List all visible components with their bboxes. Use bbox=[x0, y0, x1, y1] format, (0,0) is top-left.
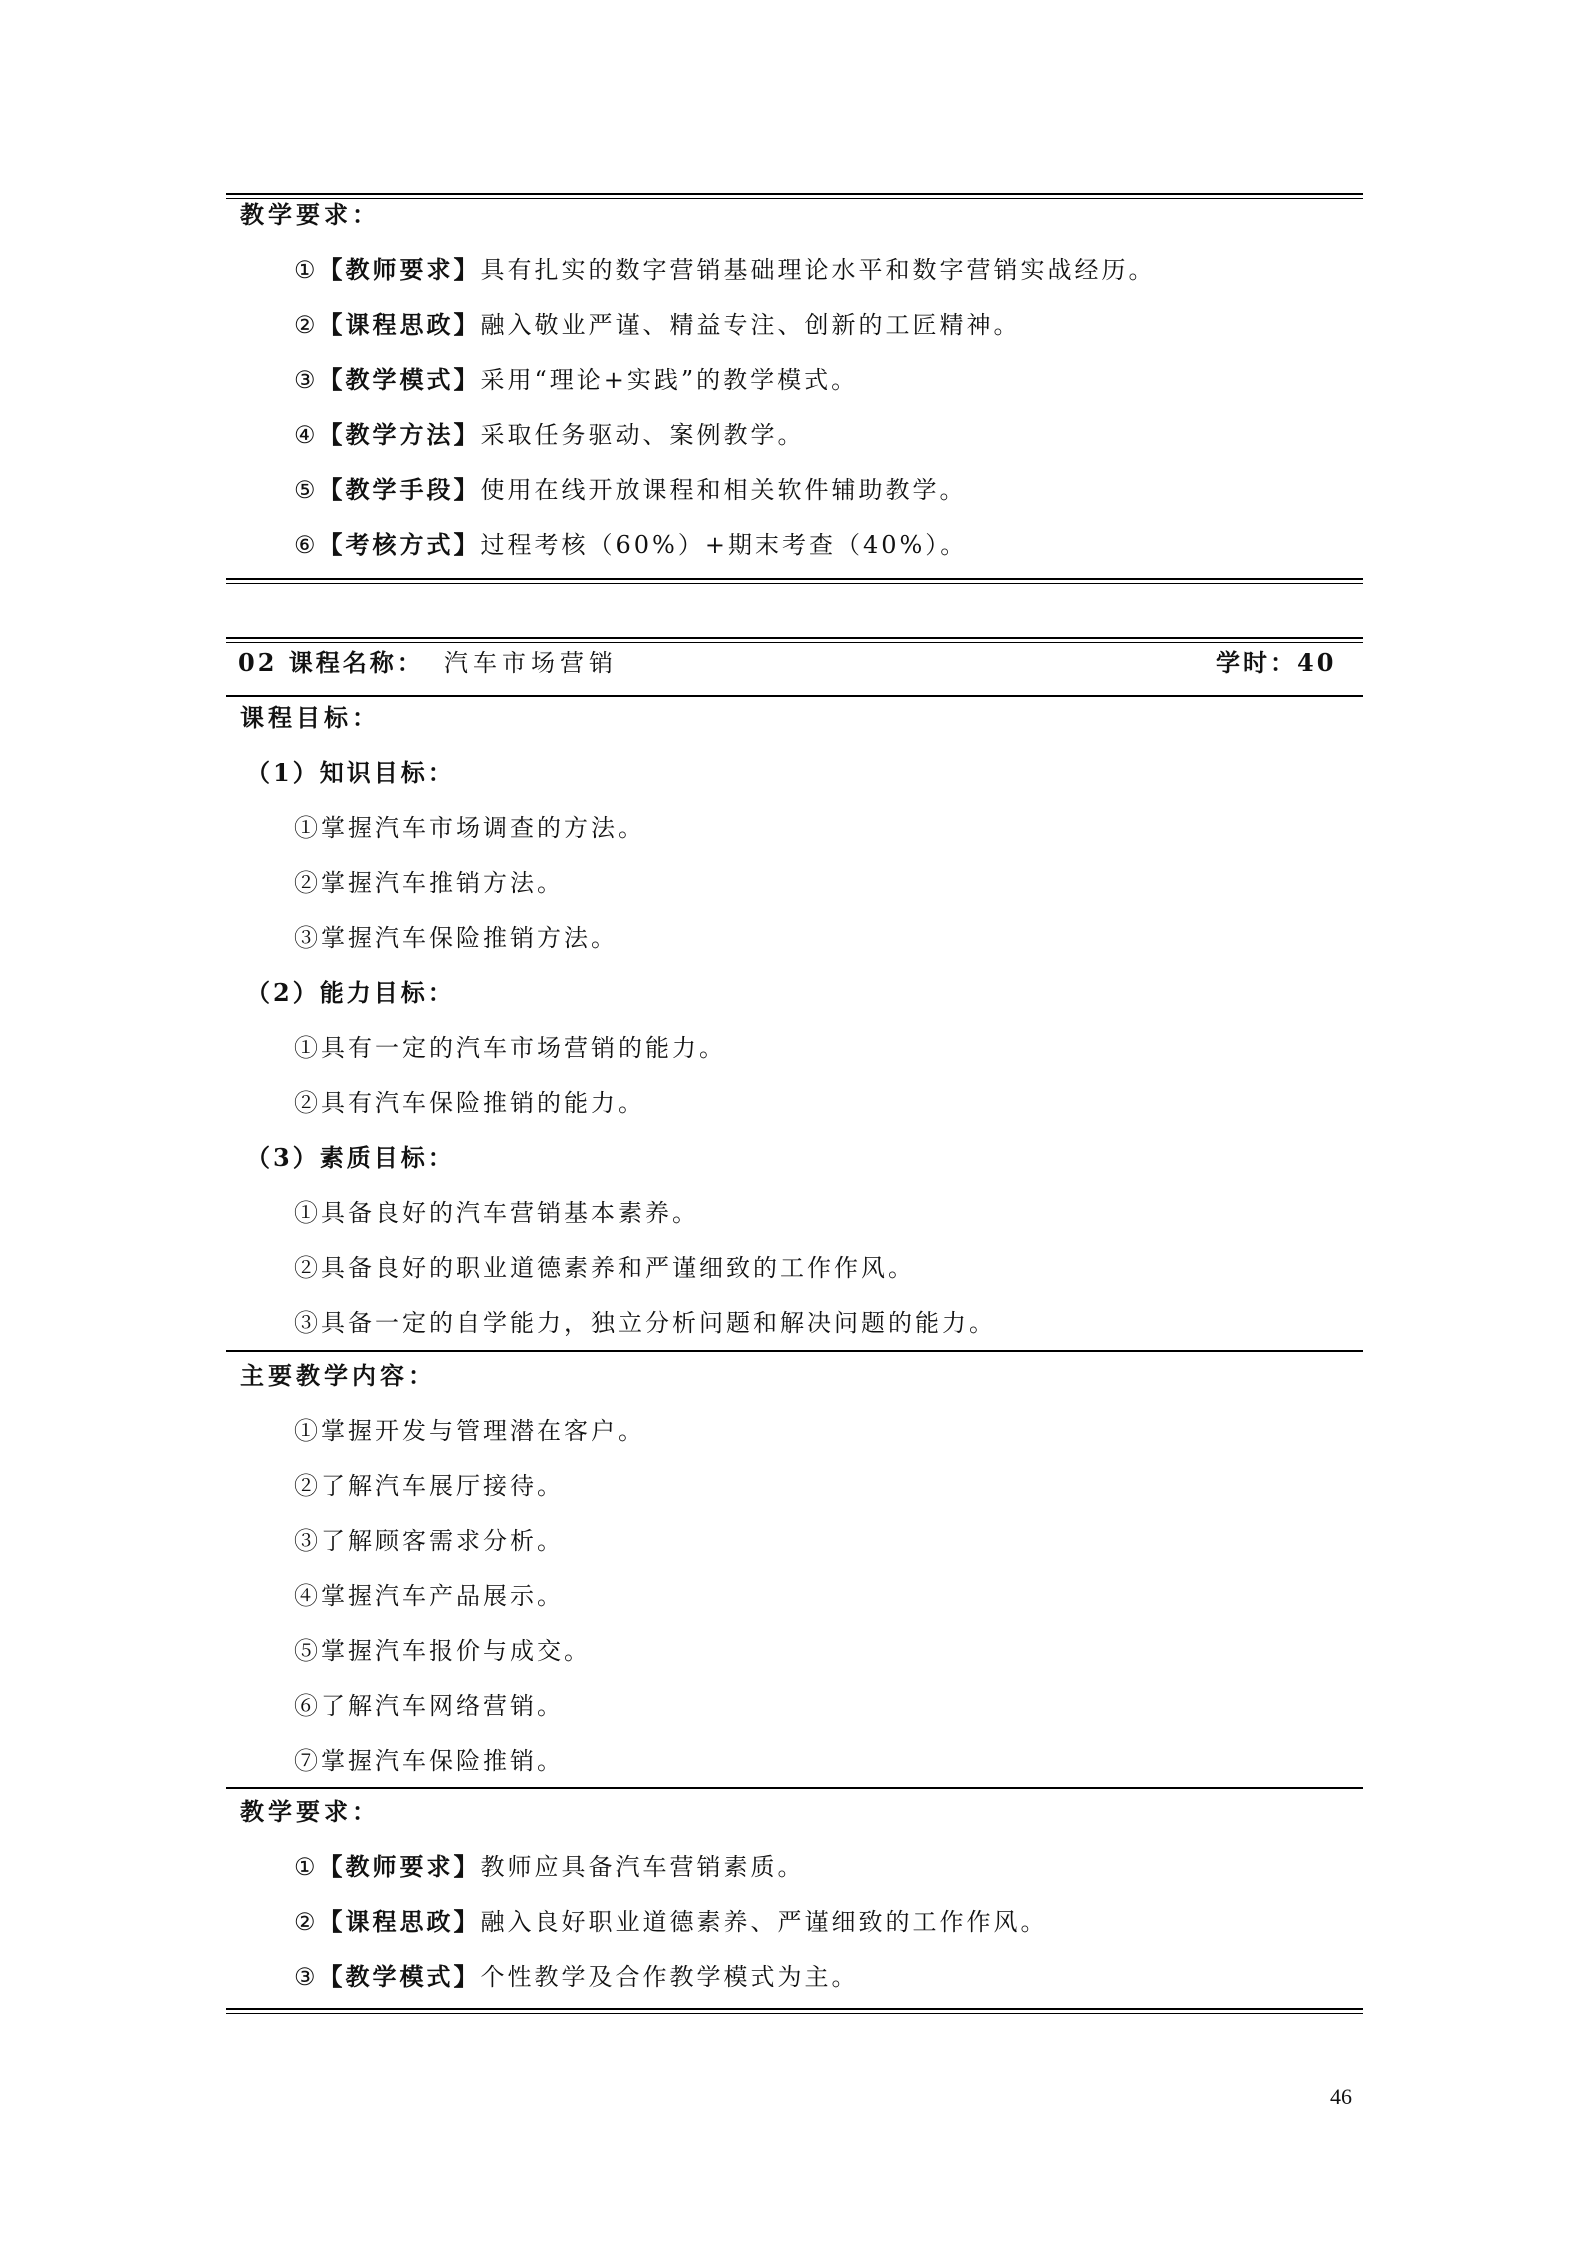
objective-item: ②具备良好的职业道德素养和严谨细致的工作作风。 bbox=[294, 1253, 915, 1283]
content-bottom-rule bbox=[226, 1787, 1363, 1789]
section1-req-item-2: ②【课程思政】融入敬业严谨、精益专注、创新的工匠精神。 bbox=[294, 310, 1021, 340]
section1-bottom-rule bbox=[226, 578, 1363, 584]
course-hours: 学时：40 bbox=[1216, 648, 1336, 678]
item-text: 具有扎实的数字营销基础理论水平和数字营销实战经历。 bbox=[481, 256, 1156, 284]
objective-item: ②掌握汽车推销方法。 bbox=[294, 868, 564, 898]
item-number: ③ bbox=[294, 366, 319, 394]
section1-top-rule bbox=[226, 193, 1363, 199]
item-tag: 【考核方式】 bbox=[319, 530, 481, 559]
item-number: ① bbox=[294, 256, 319, 284]
course-number-label: 02 课程名称： bbox=[238, 648, 424, 678]
course-name: 汽车市场营销 bbox=[444, 648, 618, 678]
section1-req-item-5: ⑤【教学手段】使用在线开放课程和相关软件辅助教学。 bbox=[294, 475, 967, 505]
item-number: ② bbox=[294, 311, 319, 339]
item-text: 融入良好职业道德素养、严谨细致的工作作风。 bbox=[481, 1908, 1048, 1936]
content-item: ③了解顾客需求分析。 bbox=[294, 1526, 564, 1556]
objective-item: ①掌握汽车市场调查的方法。 bbox=[294, 813, 645, 843]
section2-req-item-3: ③【教学模式】个性教学及合作教学模式为主。 bbox=[294, 1962, 859, 1992]
objective-group-ability: （2）能力目标： bbox=[246, 978, 455, 1008]
item-text: 融入敬业严谨、精益专注、创新的工匠精神。 bbox=[481, 311, 1021, 339]
section2-req-item-2: ②【课程思政】融入良好职业道德素养、严谨细致的工作作风。 bbox=[294, 1907, 1048, 1937]
objective-item: ③掌握汽车保险推销方法。 bbox=[294, 923, 618, 953]
item-text: 教师应具备汽车营销素质。 bbox=[481, 1853, 805, 1881]
objective-group-knowledge: （1）知识目标： bbox=[246, 758, 455, 788]
item-tag: 【课程思政】 bbox=[319, 310, 481, 339]
item-text: 采用“理论+实践”的教学模式。 bbox=[481, 366, 859, 394]
item-tag: 【教学方法】 bbox=[319, 420, 481, 449]
item-number: ② bbox=[294, 1908, 319, 1936]
section1-req-item-3: ③【教学模式】采用“理论+实践”的教学模式。 bbox=[294, 365, 858, 395]
item-text: 过程考核（60%）+期末考查（40%）。 bbox=[481, 531, 968, 559]
item-tag: 【教学手段】 bbox=[319, 475, 481, 504]
section1-req-item-6: ⑥【考核方式】过程考核（60%）+期末考查（40%）。 bbox=[294, 530, 967, 560]
objective-item: ③具备一定的自学能力，独立分析问题和解决问题的能力。 bbox=[294, 1308, 996, 1338]
item-text: 个性教学及合作教学模式为主。 bbox=[481, 1963, 859, 1991]
item-number: ④ bbox=[294, 421, 319, 449]
section1-req-item-4: ④【教学方法】采取任务驱动、案例教学。 bbox=[294, 420, 805, 450]
item-tag: 【教学模式】 bbox=[319, 365, 481, 394]
content-item: ①掌握开发与管理潜在客户。 bbox=[294, 1416, 645, 1446]
content-item: ⑤掌握汽车报价与成交。 bbox=[294, 1636, 591, 1666]
item-tag: 【教学模式】 bbox=[319, 1962, 481, 1991]
item-number: ① bbox=[294, 1853, 319, 1881]
objective-item: ①具备良好的汽车营销基本素养。 bbox=[294, 1198, 699, 1228]
objective-group-quality: （3）素质目标： bbox=[246, 1143, 455, 1173]
section2-teaching-requirements-heading: 教学要求： bbox=[240, 1797, 380, 1827]
item-tag: 【教师要求】 bbox=[319, 1852, 481, 1881]
main-content-heading: 主要教学内容： bbox=[240, 1361, 436, 1391]
item-text: 使用在线开放课程和相关软件辅助教学。 bbox=[481, 476, 967, 504]
section2-header-rule bbox=[226, 695, 1363, 697]
page-number: 46 bbox=[1330, 2084, 1352, 2110]
content-item: ②了解汽车展厅接待。 bbox=[294, 1471, 564, 1501]
section2-top-rule bbox=[226, 637, 1363, 643]
section2-req-item-1: ①【教师要求】教师应具备汽车营销素质。 bbox=[294, 1852, 805, 1882]
objectives-bottom-rule bbox=[226, 1350, 1363, 1352]
section1-teaching-requirements-heading: 教学要求： bbox=[240, 200, 380, 230]
item-number: ③ bbox=[294, 1963, 319, 1991]
content-item: ⑥了解汽车网络营销。 bbox=[294, 1691, 564, 1721]
section1-req-item-1: ①【教师要求】具有扎实的数字营销基础理论水平和数字营销实战经历。 bbox=[294, 255, 1156, 285]
item-text: 采取任务驱动、案例教学。 bbox=[481, 421, 805, 449]
item-number: ⑥ bbox=[294, 531, 319, 559]
item-number: ⑤ bbox=[294, 476, 319, 504]
content-item: ④掌握汽车产品展示。 bbox=[294, 1581, 564, 1611]
item-tag: 【课程思政】 bbox=[319, 1907, 481, 1936]
item-tag: 【教师要求】 bbox=[319, 255, 481, 284]
section2-bottom-rule bbox=[226, 2008, 1363, 2014]
objective-item: ②具有汽车保险推销的能力。 bbox=[294, 1088, 645, 1118]
objectives-heading: 课程目标： bbox=[240, 703, 380, 733]
content-item: ⑦掌握汽车保险推销。 bbox=[294, 1746, 564, 1776]
objective-item: ①具有一定的汽车市场营销的能力。 bbox=[294, 1033, 726, 1063]
